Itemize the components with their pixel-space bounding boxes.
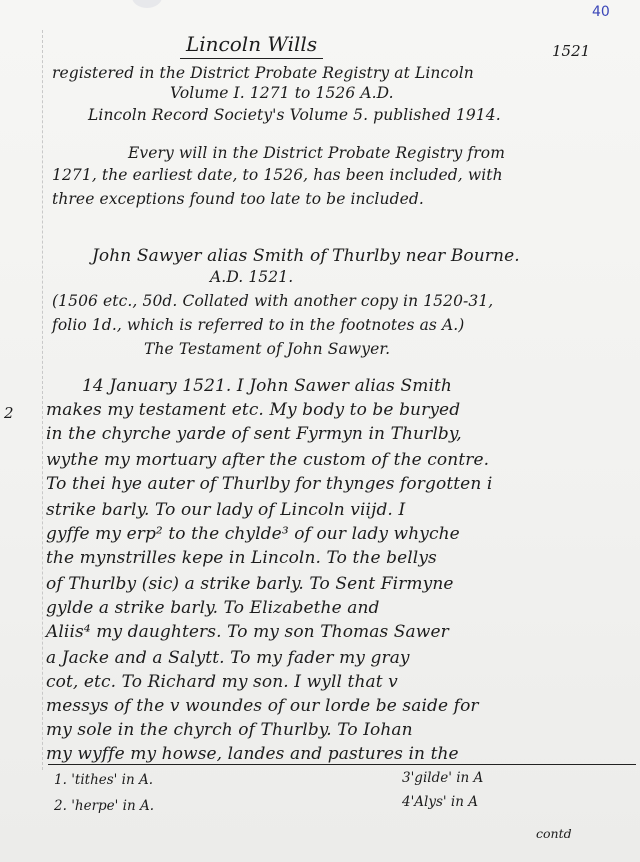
subtitle-line: Volume I. 1271 to 1526 A.D.: [170, 84, 394, 102]
subtitle-line: registered in the District Probate Regis…: [52, 64, 474, 82]
punch-hole: [132, 0, 162, 8]
body-line: of Thurlby (sic) a strike barly. To Sent…: [46, 574, 454, 594]
year-label: 1521: [552, 42, 590, 60]
body-line: my wyffe my howse, landes and pastures i…: [46, 744, 459, 764]
intro-line: Every will in the District Probate Regis…: [128, 144, 505, 162]
body-line: cot, etc. To Richard my son. I wyll that…: [46, 672, 398, 692]
entry-date: A.D. 1521.: [210, 268, 293, 286]
document-page: 40 Lincoln Wills 1521 registered in the …: [0, 0, 640, 862]
intro-line: three exceptions found too late to be in…: [52, 190, 424, 208]
entry-heading: John Sawyer alias Smith of Thurlby near …: [92, 246, 520, 266]
footnote-number: 3: [402, 770, 411, 786]
subtitle-line: Lincoln Record Society's Volume 5. publi…: [88, 106, 501, 124]
intro-line: 1271, the earliest date, to 1526, has be…: [52, 166, 503, 184]
body-line: in the chyrche yarde of sent Fyrmyn in T…: [46, 424, 462, 444]
margin-rule: [42, 30, 43, 770]
footnote-number: 4: [402, 794, 411, 810]
body-line: gyffe my erp² to the chylde³ of our lady…: [46, 524, 460, 544]
body-line: the mynstrilles kepe in Lincoln. To the …: [46, 548, 437, 568]
footnote-number: 2.: [54, 798, 67, 814]
body-line: Aliis⁴ my daughters. To my son Thomas Sa…: [46, 622, 449, 642]
body-line: strike barly. To our lady of Lincoln vii…: [46, 500, 405, 520]
testament-title: The Testament of John Sawyer.: [144, 340, 390, 358]
body-line: my sole in the chyrch of Thurlby. To Ioh…: [46, 720, 413, 740]
footnote-text: 'gilde' in A: [411, 770, 484, 786]
reference-line: folio 1d., which is referred to in the f…: [52, 316, 464, 334]
body-line: To thei hye auter of Thurlby for thynges…: [46, 474, 492, 494]
footnote-divider: [48, 764, 636, 765]
body-line: a Jacke and a Salytt. To my fader my gra…: [46, 648, 410, 668]
footnote-text: 'tithes' in A.: [71, 772, 153, 788]
footnote-2: 2. 'herpe' in A.: [54, 798, 154, 814]
footnote-text: 'herpe' in A.: [71, 798, 154, 814]
body-line: gylde a strike barly. To Elizabethe and: [46, 598, 380, 618]
page-title: Lincoln Wills: [180, 32, 323, 59]
footnote-1: 1. 'tithes' in A.: [54, 772, 153, 788]
folio-number: 40: [592, 4, 610, 20]
margin-note: 2: [4, 404, 14, 422]
body-line: messys of the v woundes of our lorde be …: [46, 696, 479, 716]
footnote-3: 3'gilde' in A: [402, 770, 483, 786]
body-line: makes my testament etc. My body to be bu…: [46, 400, 460, 420]
footnote-number: 1.: [54, 772, 67, 788]
footnote-text: 'Alys' in A: [411, 794, 478, 810]
reference-line: (1506 etc., 50d. Collated with another c…: [52, 292, 493, 310]
continued-label: contd: [536, 826, 572, 841]
body-line: 14 January 1521. I John Sawer alias Smit…: [82, 376, 452, 396]
body-line: wythe my mortuary after the custom of th…: [46, 450, 489, 470]
footnote-4: 4'Alys' in A: [402, 794, 478, 810]
